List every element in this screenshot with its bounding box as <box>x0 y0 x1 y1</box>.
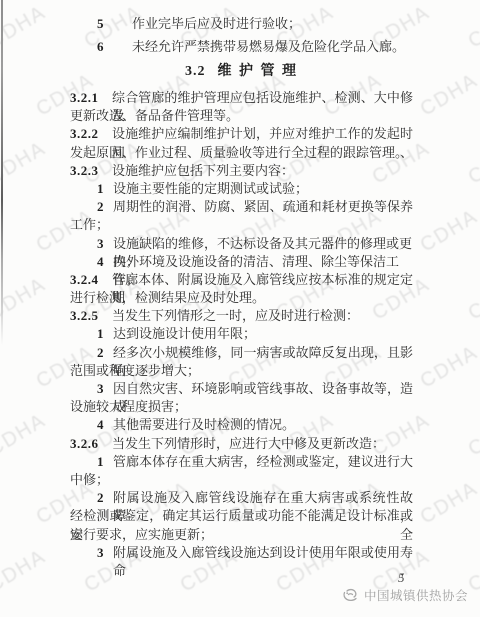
item-number: 3 <box>97 380 104 398</box>
item-number: 5 <box>97 12 104 35</box>
line-text: 设施维护应包括下列主要内容： <box>112 162 413 180</box>
watermark-text: CDHA <box>417 70 480 122</box>
line-text: 中修； <box>70 471 413 489</box>
association-name: 中国城镇供热协会 <box>364 586 468 604</box>
text-line: 3.2.6当发生下列情形时，应进行大中修及更新改造： <box>70 435 413 453</box>
text-line: 3.2.4管廊本体、附属设施及入廊管线应按本标准的规定定期 <box>70 271 413 289</box>
text-line: 4其他需要进行及时检测的情况。 <box>70 416 413 434</box>
document-page: CDHACDHACDHACDHACDHACDHACDHACDHACDHACDHA… <box>0 0 480 617</box>
text-line: 3附属设施及入廊管线设施达到设计使用年限或使用寿命， <box>70 544 413 562</box>
text-line: 工作； <box>70 216 413 234</box>
text-line: 更新改造、备品备件管理等。 <box>70 107 413 125</box>
text-line: 2附属设施及入廊管线设施存在重大病害或系统性故障， <box>70 489 413 507</box>
line-text: 当发生下列情形之一时，应及时进行检测： <box>112 307 413 325</box>
text-line: 1管廊本体存在重大病害，经检测或鉴定，建议进行大 <box>70 453 413 471</box>
clause-number: 3.2.5 <box>70 307 99 325</box>
line-text: 达到设施设计使用年限； <box>113 325 413 343</box>
item-number: 3 <box>97 235 104 253</box>
item-number: 2 <box>97 489 104 507</box>
clause-number: 3.2.6 <box>70 435 99 453</box>
text-line: 经检测或鉴定，确定其运行质量或功能不能满足设计标准或安全 <box>70 507 413 525</box>
text-line: 3.2.2设施维护应编制维护计划，并应对维护工作的发起时间、 <box>70 125 413 143</box>
text-line: 设施较大程度损害； <box>70 398 413 416</box>
section-title: 维 护 管 理 <box>218 64 299 79</box>
watermark-text: CDHA <box>465 2 480 54</box>
watermark-text: CDHA <box>417 206 480 258</box>
section-number: 3.2 <box>185 64 206 79</box>
watermark-text: CDHA <box>0 410 50 462</box>
association-footer: 中国城镇供热协会 <box>342 586 468 604</box>
line-text: 范围或程度逐步增大； <box>70 362 413 380</box>
line-text: 工作； <box>70 216 413 234</box>
clause-number: 3.2.1 <box>70 89 99 107</box>
text-line: 发起原因、作业过程、质量验收等进行全过程的跟踪管理。 <box>70 144 413 162</box>
line-text: 更新改造、备品备件管理等。 <box>70 107 413 125</box>
item-number: 2 <box>97 344 104 362</box>
text-line: 中修； <box>70 471 413 489</box>
watermark-text: CDHA <box>0 2 50 54</box>
watermark-text: CDHA <box>465 138 480 190</box>
text-line: 1达到设施设计使用年限； <box>70 325 413 343</box>
line-text: 运行要求，应实施更新； <box>70 526 413 544</box>
watermark-text: CDHA <box>465 410 480 462</box>
text-line: 4内外环境及设施设备的清洁、清理、除尘等保洁工作。 <box>70 253 413 271</box>
scan-edge-line <box>1 0 3 345</box>
text-line: 3因自然灾害、环境影响或管线事故、设备事故等，造成 <box>70 380 413 398</box>
watermark-text: CDHA <box>417 478 480 530</box>
line-text: 设施主要性能的定期测试或试验； <box>113 180 413 198</box>
clause-number: 3.2.2 <box>70 125 99 143</box>
item-text: 作业完毕后应及时进行验收； <box>132 12 413 35</box>
item-number: 4 <box>97 253 104 271</box>
line-text: 进行检测，检测结果应及时处理。 <box>70 289 413 307</box>
line-text: 周期性的润滑、防腐、紧固、疏通和耗材更换等保养 <box>113 198 413 216</box>
text-line: 3设施缺陷的维修，不达标设备及其元器件的修理或更换； <box>70 235 413 253</box>
line-text: 设施较大程度损害； <box>70 398 413 416</box>
list-item: 5作业完毕后应及时进行验收； <box>70 12 413 35</box>
line-text: 当发生下列情形时，应进行大中修及更新改造： <box>112 435 413 453</box>
text-line: 运行要求，应实施更新； <box>70 526 413 544</box>
watermark-text: CDHA <box>0 274 50 326</box>
association-logo-icon <box>342 587 360 603</box>
item-number: 1 <box>97 180 104 198</box>
item-number: 3 <box>97 544 104 562</box>
text-line: 1设施主要性能的定期测试或试验； <box>70 180 413 198</box>
item-text: 未经允许严禁携带易燃易爆及危险化学品入廊。 <box>132 35 413 58</box>
list-item: 6未经允许严禁携带易燃易爆及危险化学品入廊。 <box>70 35 413 58</box>
page-number: 5 <box>398 570 405 586</box>
watermark-text: CDHA <box>417 342 480 394</box>
text-line: 3.2.3设施维护应包括下列主要内容： <box>70 162 413 180</box>
watermark-text: CDHA <box>0 546 50 598</box>
text-line: 2经多次小规模维修，同一病害或故障反复出现，且影响 <box>70 344 413 362</box>
clause-number: 3.2.3 <box>70 162 99 180</box>
leading-items: 5作业完毕后应及时进行验收；6未经允许严禁携带易燃易爆及危险化学品入廊。 <box>70 12 413 58</box>
text-line: 3.2.5当发生下列情形之一时，应及时进行检测： <box>70 307 413 325</box>
section-heading: 3.2维 护 管 理 <box>70 62 413 81</box>
clause-number: 3.2.4 <box>70 271 99 289</box>
watermark-text: CDHA <box>465 274 480 326</box>
watermark-text: CDHA <box>0 138 50 190</box>
line-text: 其他需要进行及时检测的情况。 <box>113 416 413 434</box>
clause-lines: 3.2.1综合管廊的维护管理应包括设施维护、检测、大中修及更新改造、备品备件管理… <box>70 89 413 562</box>
item-number: 6 <box>97 35 104 58</box>
text-line: 3.2.1综合管廊的维护管理应包括设施维护、检测、大中修及 <box>70 89 413 107</box>
line-text: 附属设施及入廊管线设施达到设计使用年限或使用寿命， <box>113 544 413 580</box>
item-number: 2 <box>97 198 104 216</box>
line-text: 发起原因、作业过程、质量验收等进行全过程的跟踪管理。 <box>70 144 413 162</box>
document-body: 5作业完毕后应及时进行验收；6未经允许严禁携带易燃易爆及危险化学品入廊。 3.2… <box>70 12 413 562</box>
text-line: 2周期性的润滑、防腐、紧固、疏通和耗材更换等保养 <box>70 198 413 216</box>
item-number: 1 <box>97 325 104 343</box>
line-text: 管廊本体存在重大病害，经检测或鉴定，建议进行大 <box>113 453 413 471</box>
text-line: 进行检测，检测结果应及时处理。 <box>70 289 413 307</box>
item-number: 4 <box>97 416 104 434</box>
item-number: 1 <box>97 453 104 471</box>
text-line: 范围或程度逐步增大； <box>70 362 413 380</box>
